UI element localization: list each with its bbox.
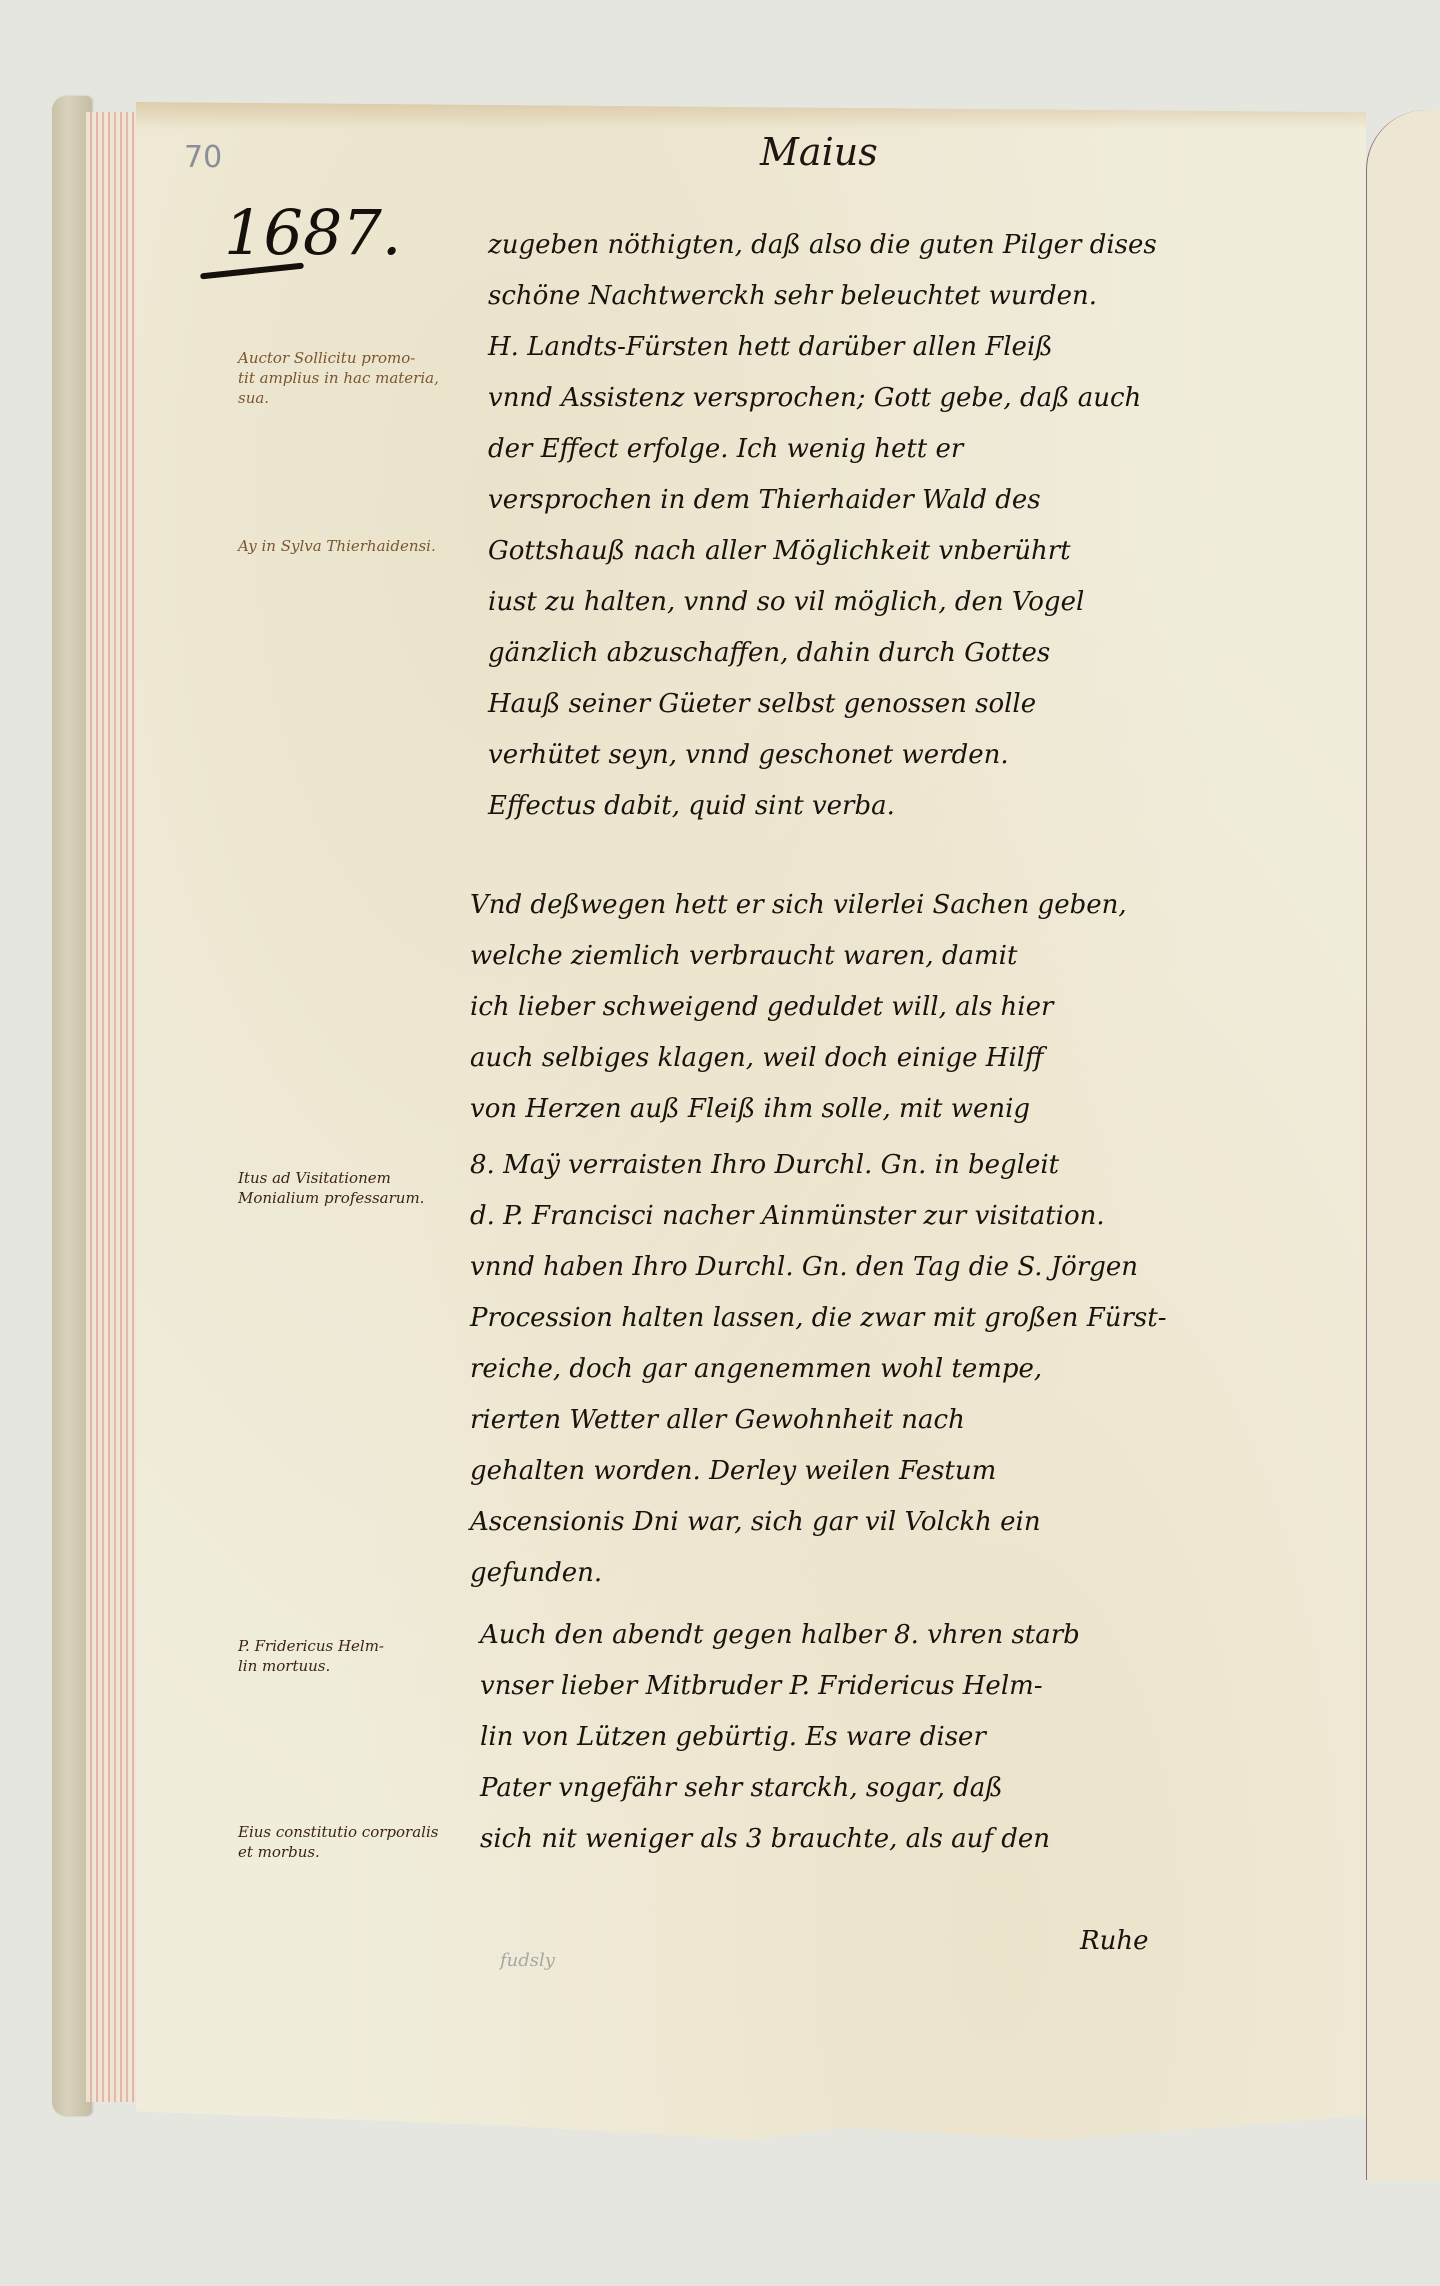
text-line: H. Landts-Fürsten hett darüber allen Fle…	[488, 322, 1268, 373]
text-line: zugeben nöthigten, daß also die guten Pi…	[488, 220, 1268, 271]
text-line: Effectus dabit, quid sint verba.	[488, 781, 1268, 832]
page-number: 70	[184, 140, 222, 175]
text-line: ich lieber schweigend geduldet will, als…	[470, 982, 1250, 1033]
margin-line: Monialium professarum.	[238, 1188, 488, 1208]
text-line: Procession halten lassen, die zwar mit g…	[470, 1293, 1250, 1344]
text-line: gefunden.	[470, 1548, 1250, 1599]
text-line: lin von Lützen gebürtig. Es ware diser	[480, 1712, 1260, 1763]
year-heading: 1687.	[224, 196, 402, 269]
margin-line: lin mortuus.	[238, 1656, 488, 1676]
facing-page-edge	[1366, 110, 1440, 2180]
margin-note-auctor: Auctor Sollicitu promo- tit amplius in h…	[238, 348, 488, 408]
margin-line: sua.	[238, 388, 488, 408]
text-line: reiche, doch gar angenemmen wohl tempe,	[470, 1344, 1250, 1395]
text-line: vnnd Assistenz versprochen; Gott gebe, d…	[488, 373, 1268, 424]
text-line: welche ziemlich verbraucht waren, damit	[470, 931, 1250, 982]
text-line: verhütet seyn, vnnd geschonet werden.	[488, 730, 1268, 781]
margin-line: Ay in Sylva Thierhaidensi.	[238, 536, 488, 556]
text-line: Pater vngefähr sehr starckh, sogar, daß	[480, 1763, 1260, 1814]
margin-line: et morbus.	[238, 1842, 488, 1862]
text-line: vnser lieber Mitbruder P. Fridericus Hel…	[480, 1661, 1260, 1712]
running-header: Maius	[760, 130, 878, 174]
text-line: Gottshauß nach aller Möglichkeit vnberüh…	[488, 526, 1268, 577]
text-line: der Effect erfolge. Ich wenig hett er	[488, 424, 1268, 475]
paragraph-2: Vnd deßwegen hett er sich vilerlei Sache…	[470, 880, 1250, 1135]
catchword: Ruhe	[1080, 1926, 1148, 1956]
paragraph-1: zugeben nöthigten, daß also die guten Pi…	[488, 220, 1268, 832]
page-stack-red-edge	[86, 112, 140, 2102]
margin-note-fridericus: P. Fridericus Helm- lin mortuus.	[238, 1636, 488, 1676]
margin-note-visitatio: Itus ad Visitationem Monialium professar…	[238, 1168, 488, 1208]
text-line: gänzlich abzuschaffen, dahin durch Gotte…	[488, 628, 1268, 679]
text-line: Ascensionis Dni war, sich gar vil Volckh…	[470, 1497, 1250, 1548]
text-line: d. P. Francisci nacher Ainmünster zur vi…	[470, 1191, 1250, 1242]
text-line: Hauß seiner Güeter selbst genossen solle	[488, 679, 1268, 730]
margin-line: tit amplius in hac materia,	[238, 368, 488, 388]
text-line: Auch den abendt gegen halber 8. vhren st…	[480, 1610, 1260, 1661]
text-line: iust zu halten, vnnd so vil möglich, den…	[488, 577, 1268, 628]
margin-line: P. Fridericus Helm-	[238, 1636, 488, 1656]
text-line: versprochen in dem Thierhaider Wald des	[488, 475, 1268, 526]
paragraph-3: 8. Maÿ verraisten Ihro Durchl. Gn. in be…	[470, 1140, 1250, 1599]
text-line: gehalten worden. Derley weilen Festum	[470, 1446, 1250, 1497]
margin-line: Auctor Sollicitu promo-	[238, 348, 488, 368]
text-line: sich nit weniger als 3 brauchte, als auf…	[480, 1814, 1260, 1865]
text-line: vnnd haben Ihro Durchl. Gn. den Tag die …	[470, 1242, 1250, 1293]
text-line: auch selbiges klagen, weil doch einige H…	[470, 1033, 1250, 1084]
text-line: von Herzen auß Fleiß ihm solle, mit weni…	[470, 1084, 1250, 1135]
margin-line: Eius constitutio corporalis	[238, 1822, 488, 1842]
text-line: schöne Nachtwerckh sehr beleuchtet wurde…	[488, 271, 1268, 322]
paragraph-4: Auch den abendt gegen halber 8. vhren st…	[480, 1610, 1260, 1865]
text-line: 8. Maÿ verraisten Ihro Durchl. Gn. in be…	[470, 1140, 1250, 1191]
margin-line: Itus ad Visitationem	[238, 1168, 488, 1188]
text-line: rierten Wetter aller Gewohnheit nach	[470, 1395, 1250, 1446]
pencil-mark: fudsly	[500, 1950, 560, 1980]
margin-note-sylva: Ay in Sylva Thierhaidensi.	[238, 536, 488, 556]
margin-note-constitutio: Eius constitutio corporalis et morbus.	[238, 1822, 488, 1862]
text-line: Vnd deßwegen hett er sich vilerlei Sache…	[470, 880, 1250, 931]
